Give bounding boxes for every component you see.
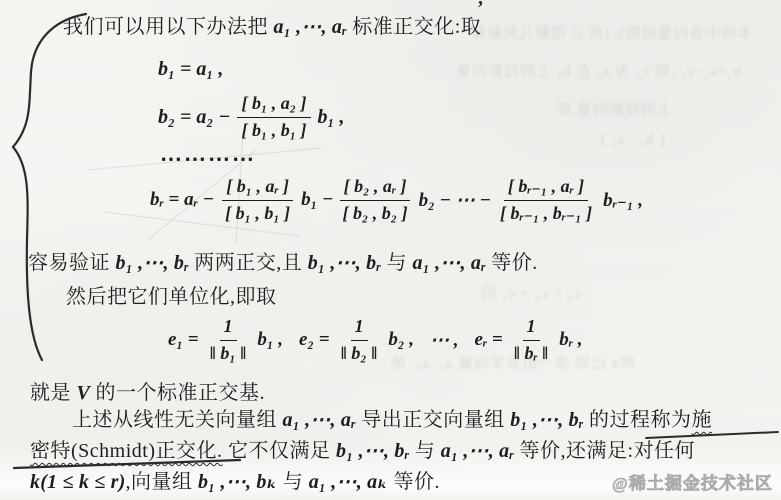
verify-math-b: b₁ ,⋯, bᵣ [116, 252, 189, 274]
formula-b1: b₁ = a₁ , [158, 58, 223, 81]
fraction-numerator: [ b₂ , aᵣ ] [340, 176, 411, 201]
fraction-denominator: [ b₂ , b₂ ] [339, 201, 412, 225]
fraction: 1 ‖ b₂ ‖ [337, 316, 382, 364]
formula-e1-lhs: e₁ = [168, 329, 199, 351]
fraction-numerator: 1 [523, 316, 540, 341]
paragraph-process: 上述从线性无关向量组 a₁ ,⋯, aᵣ 导出正交向量组 b₁ ,⋯, bᵣ 的… [72, 407, 712, 433]
fraction-numerator: [ bᵣ₋₁ , aᵣ ] [504, 176, 588, 201]
formula-b1-body: b₁ = a₁ , [158, 58, 223, 81]
fraction-denominator: [ b₁ , b₁ ] [221, 201, 294, 225]
e-row-dots: ⋯ , [430, 329, 459, 352]
formula-b2-mult: b₁ , [318, 106, 345, 129]
basis-text-pre: 就是 [30, 382, 77, 404]
fraction-denominator: [ b₁ , b₁ ] [237, 118, 310, 142]
fraction-numerator: 1 [351, 316, 368, 341]
schmidt-text-mid1: 它不仅满足 [223, 440, 337, 462]
scanned-textbook-page: 本例中各向量间图5.1所示 用解几何解释 b₂=a₂−c₂ ,则 c₂ 为 a₂… [0, 0, 781, 500]
fraction-numerator: 1 [220, 316, 237, 341]
formula-e2-mult: b₂ , [388, 329, 414, 351]
schmidt-term-emphasized: 密特(Schmidt)正交化. [30, 440, 223, 462]
schmidt-text-mid2: 与 [409, 440, 441, 462]
formula-br-term1-mult: b₁ − [301, 189, 333, 211]
process-text-pre: 上述从线性无关向量组 [72, 409, 283, 431]
process-math-b: b₁ ,⋯, bᵣ [510, 409, 583, 431]
process-math-a: a₁ ,⋯, aᵣ [283, 409, 356, 431]
process-text-mid: 导出正交向量组 [356, 409, 511, 431]
formula-b2-lhs: b₂ = a₂ − [158, 106, 230, 129]
basis-math-V: V [77, 382, 91, 404]
bleedthrough-text: b₂=a₂−c₂ ,则 c₂ 为 a₂ 在 b₁ 上的投影向量 [455, 60, 741, 81]
formula-br-lhs: bᵣ = aᵣ − [150, 189, 214, 211]
intro-math-vectors: a₁ ,⋯, aᵣ [274, 16, 347, 38]
paragraph-verify: 容易验证 b₁ ,⋯, bᵣ 两两正交,且 b₁ ,⋯, bᵣ 与 a₁ ,⋯,… [28, 250, 538, 276]
forall-math-a: a₁ ,⋯, aₖ [309, 471, 388, 493]
paragraph-schmidt: 密特(Schmidt)正交化. 它不仅满足 b₁ ,⋯, bᵣ 与 a₁ ,⋯,… [30, 438, 695, 464]
fraction-denominator: ‖ b₁ ‖ [206, 341, 251, 365]
verify-text-mid1: 两两正交,且 [189, 252, 308, 274]
verify-text-pre: 容易验证 [28, 252, 116, 274]
formula-e1-mult: b₁ , [257, 329, 283, 351]
bleedthrough-text: c₃ = c₂ + c₁ 的 [480, 282, 580, 303]
fraction-denominator: ‖ b₂ ‖ [337, 341, 382, 365]
fraction: 1 ‖ bᵣ ‖ [510, 316, 552, 364]
paragraph-intro: 我们可以用以下办法把 a₁ ,⋯, aᵣ 标准正交化:取 [63, 14, 481, 40]
verify-text-mid2: 与 [381, 252, 413, 274]
fraction: [ b₁ , aᵣ ] [ b₁ , b₁ ] [221, 176, 294, 224]
verify-math-a: a₁ ,⋯, aᵣ [413, 252, 486, 274]
fraction: [ b₂ , aᵣ ] [ b₂ , b₂ ] [339, 176, 412, 224]
schmidt-text-mid3: 等价,还满足: [514, 440, 634, 462]
unitize-text: 然后把它们单位化,即取 [66, 286, 277, 308]
formula-er-mult: bᵣ , [559, 329, 582, 351]
formula-e-row: e₁ = 1 ‖ b₁ ‖ b₁ , e₂ = 1 ‖ b₂ ‖ b₂ , ⋯ … [168, 316, 583, 364]
forall-text-mid2: 与 [277, 471, 309, 493]
forall-math-k: k(1 ≤ k ≤ r) [30, 471, 125, 493]
forall-math-b: b₁ ,⋯, bₖ [198, 471, 277, 493]
fraction: 1 ‖ b₁ ‖ [206, 316, 251, 364]
fraction-denominator: [ bᵣ₋₁ , bᵣ₋₁ ] [496, 201, 596, 225]
fraction-denominator: ‖ bᵣ ‖ [510, 341, 552, 365]
fraction: [ bᵣ₋₁ , aᵣ ] [ bᵣ₋₁ , bᵣ₋₁ ] [496, 176, 596, 224]
basis-text-post: 的一个标准正交基. [90, 382, 265, 404]
fraction-numerator: [ b₁ , aᵣ ] [222, 176, 293, 201]
vertical-ellipsis-row: ⋯⋯⋯⋯ [160, 146, 256, 172]
forall-text-post: 等价. [388, 471, 440, 493]
process-emph-shi: 施 [692, 409, 713, 431]
bleedthrough-text: 本例中各向量间图5.1所示 用解几何解释 [470, 22, 753, 43]
formula-br: bᵣ = aᵣ − [ b₁ , aᵣ ] [ b₁ , b₁ ] b₁ − [… [150, 176, 643, 224]
intro-text-post: 标准正交化:取 [347, 16, 482, 38]
formula-br-term3-mult: bᵣ₋₁ , [603, 189, 643, 212]
fraction-numerator: [ b₁ , a₂ ] [237, 93, 310, 118]
paragraph-forall-k: k(1 ≤ k ≤ r),向量组 b₁ ,⋯, bₖ 与 a₁ ,⋯, aₖ 等… [30, 469, 440, 495]
formula-b2: b₂ = a₂ − [ b₁ , a₂ ] [ b₁ , b₁ ] b₁ , [158, 93, 345, 141]
verify-math-b2: b₁ ,⋯, bᵣ [308, 252, 381, 274]
forall-text-mid1: ,向量组 [125, 471, 198, 493]
schmidt-math-a: a₁ ,⋯, aᵣ [441, 440, 514, 462]
paragraph-basis: 就是 V 的一个标准正交基. [30, 380, 265, 406]
formula-e2-lhs: e₂ = [299, 329, 330, 351]
fraction: [ b₁ , a₂ ] [ b₁ , b₁ ] [237, 93, 310, 141]
formula-br-term2-mult: b₂ − ⋯ − [419, 189, 491, 212]
verify-text-post: 等价. [486, 252, 538, 274]
schmidt-emph-duirenhe: 对任何 [634, 440, 696, 462]
community-watermark: @稀土掘金技术社区 [612, 469, 773, 494]
process-text-post: 的过程称为 [584, 409, 692, 431]
clipped-previous-line: ⋯⋯⋯⋯⋯, [358, 0, 487, 10]
bleedthrough-text: [ b₂ , a₃ ] [600, 132, 664, 149]
intro-text-pre: 我们可以用以下办法把 [63, 16, 274, 38]
paragraph-unitize: 然后把它们单位化,即取 [66, 284, 277, 310]
bleedthrough-text: 上的投影向量,即 [555, 98, 672, 119]
formula-er-lhs: eᵣ = [475, 329, 503, 351]
schmidt-math-b: b₁ ,⋯, bᵣ [336, 440, 409, 462]
